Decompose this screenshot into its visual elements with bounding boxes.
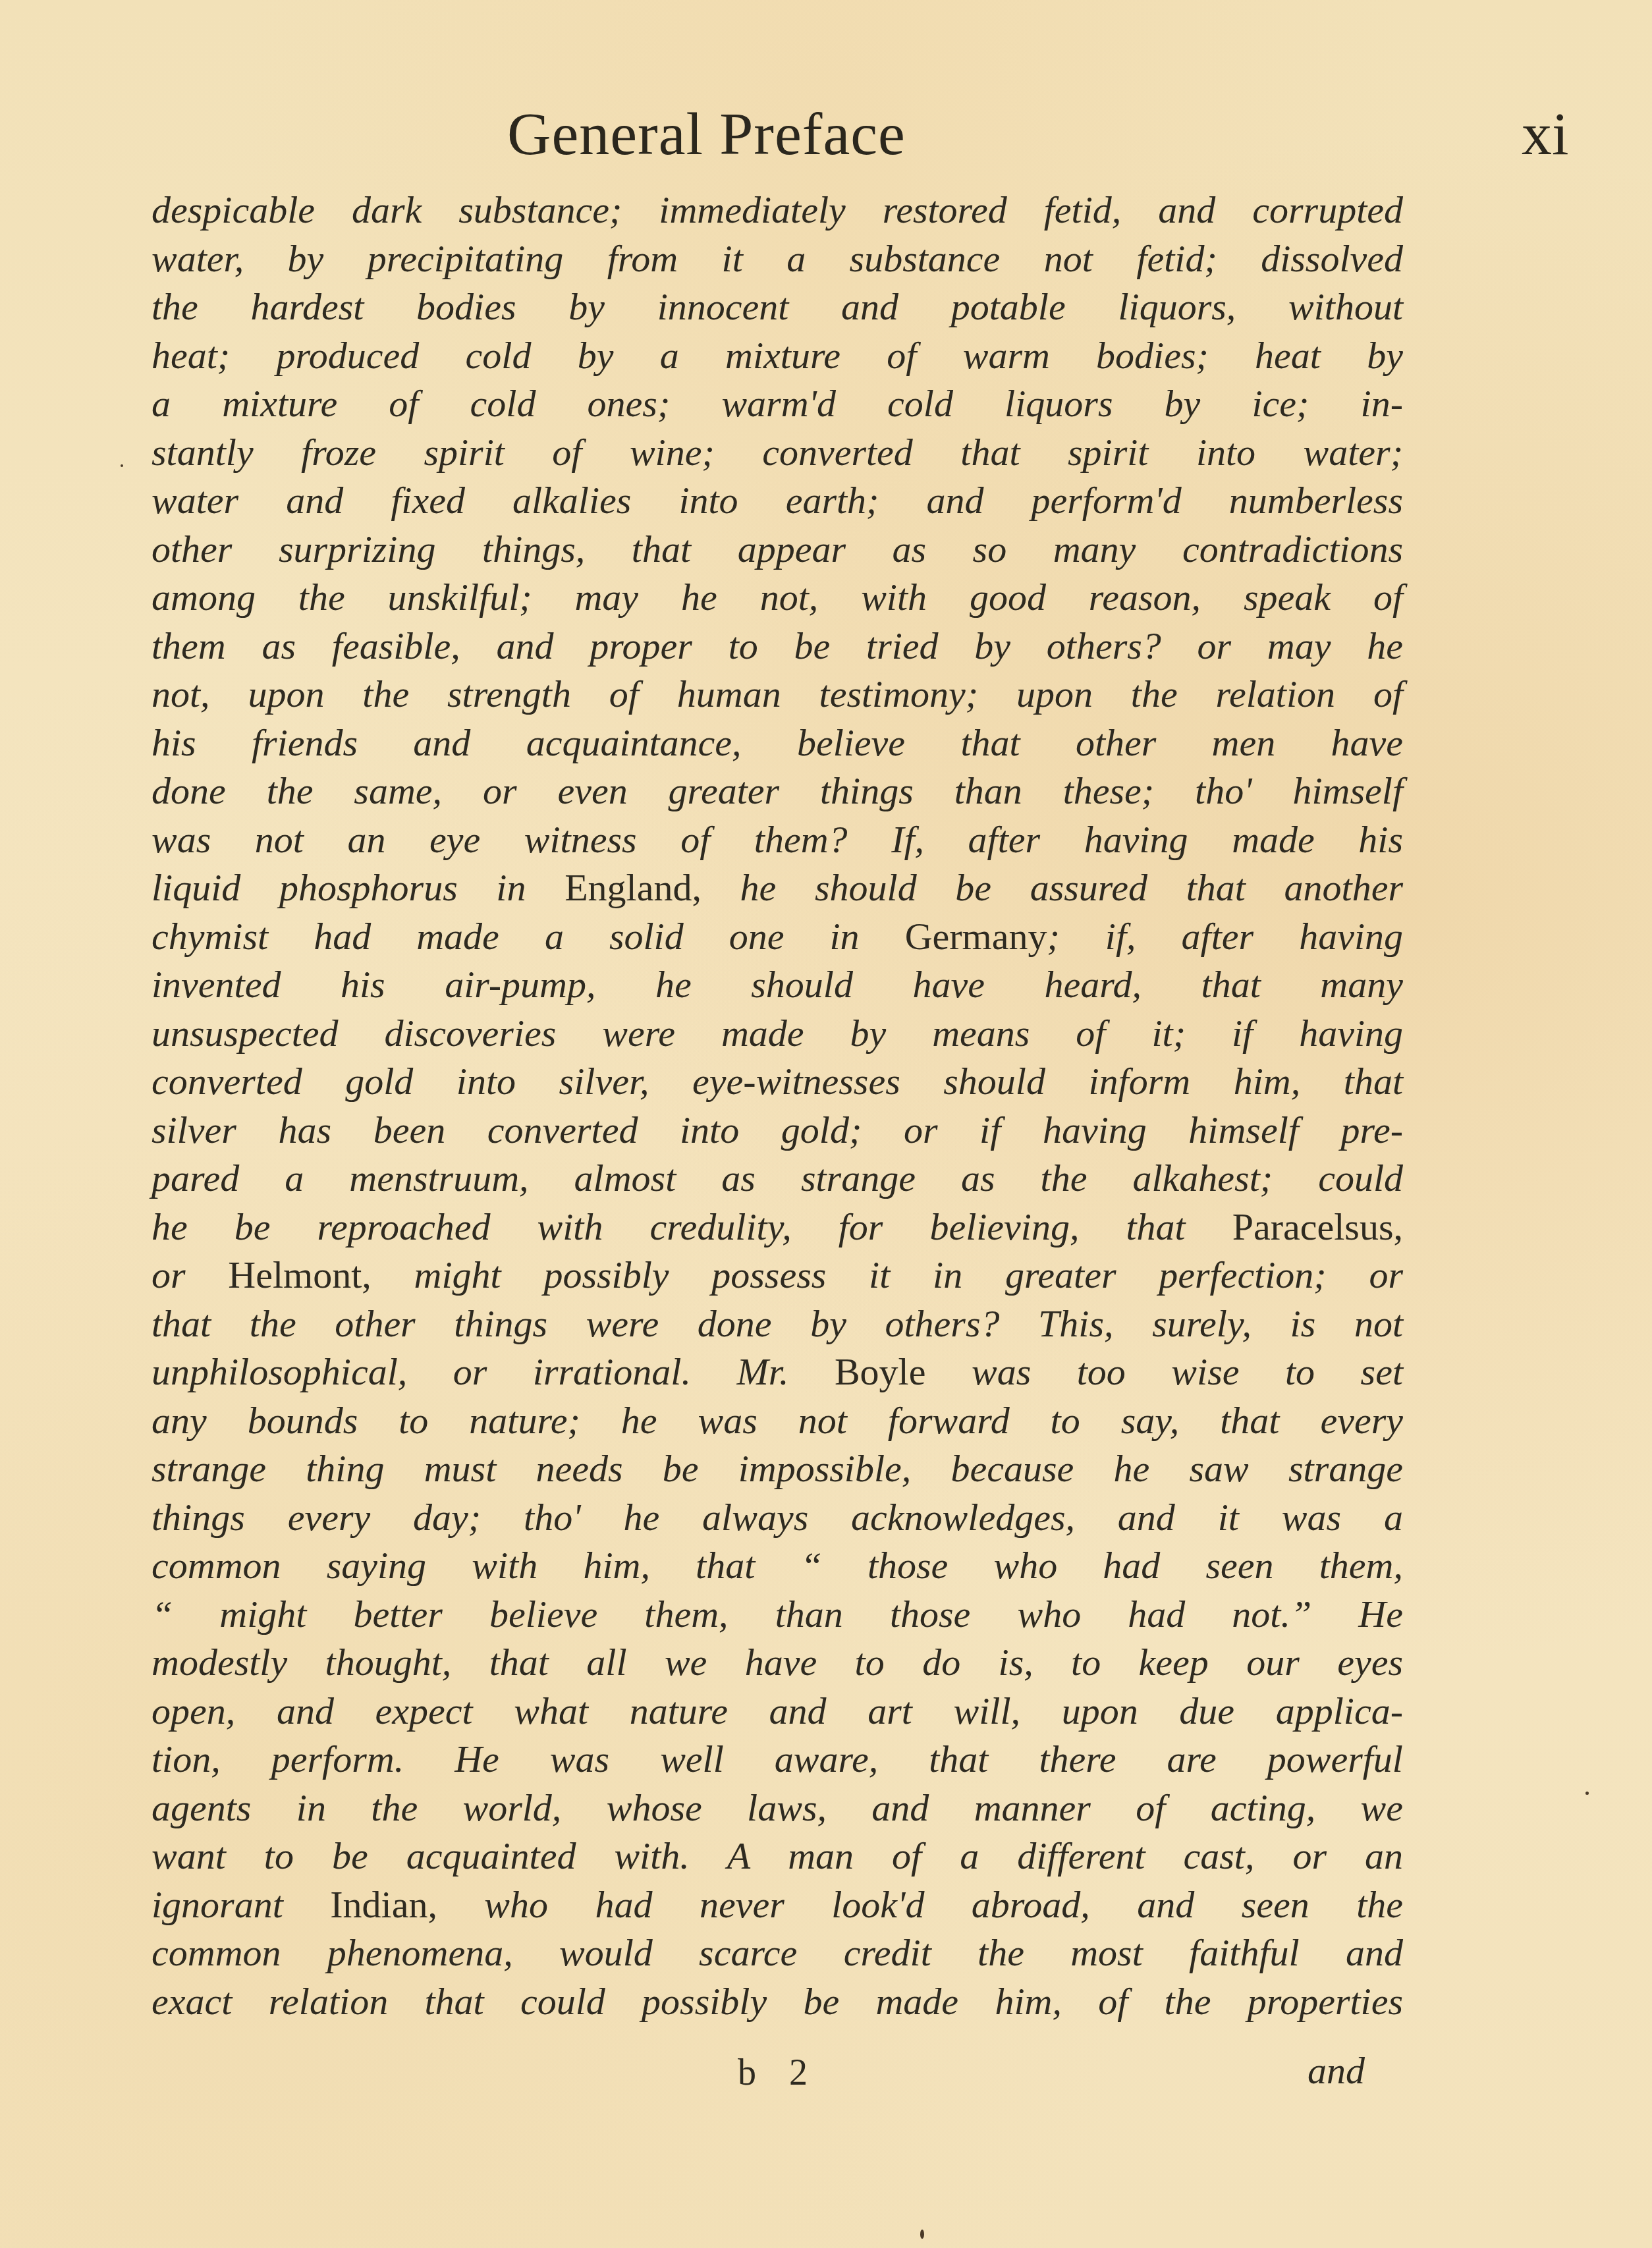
text-line: strange thing must needs be impossible, … — [151, 1444, 1403, 1493]
italic-text: tion, perform. He was well aware, that t… — [151, 1738, 1403, 1780]
italic-text: water and fixed alkalies into earth; and… — [151, 479, 1403, 522]
text-line: open, and expect what nature and art wil… — [151, 1687, 1403, 1736]
catchword: and — [1308, 2048, 1365, 2093]
italic-text: he be reproached with credulity, for bel… — [151, 1205, 1232, 1248]
italic-text: his friends and acquaintance, believe th… — [151, 721, 1403, 764]
text-line: stantly froze spirit of wine; converted … — [151, 428, 1403, 477]
italic-text: that the other things were done by other… — [151, 1302, 1403, 1345]
italic-text: want to be acquainted with. A man of a d… — [151, 1834, 1403, 1877]
text-line: other surprizing things, that appear as … — [151, 525, 1403, 574]
text-line: “ might better believe them, than those … — [151, 1590, 1403, 1639]
italic-text: common saying with him, that “ those who… — [151, 1544, 1403, 1587]
text-line: heat; produced cold by a mixture of warm… — [151, 331, 1403, 380]
signature-mark: b 2 — [738, 2052, 819, 2094]
text-line: exact relation that could possibly be ma… — [151, 1977, 1403, 2026]
text-line: common phenomena, would scarce credit th… — [151, 1929, 1403, 1977]
text-line: was not an eye witness of them? If, afte… — [151, 815, 1403, 864]
text-line: done the same, or even greater things th… — [151, 767, 1403, 815]
roman-word: Boyle — [835, 1350, 926, 1393]
paper-speck — [920, 2230, 924, 2239]
page-number: xi — [1522, 99, 1569, 169]
roman-word: Paracelsus, — [1232, 1205, 1403, 1248]
text-line: despicable dark substance; immediately r… — [151, 186, 1403, 234]
italic-text: who had never look'd abroad, and seen th… — [437, 1883, 1403, 1926]
italic-text: converted gold into silver, eye-witnesse… — [151, 1060, 1403, 1103]
italic-text: invented his air-pump, he should have he… — [151, 963, 1403, 1006]
italic-text: common phenomena, would scarce credit th… — [151, 1931, 1403, 1974]
italic-text: liquid phosphorus in — [151, 866, 564, 909]
italic-text: ; if, after having — [1047, 915, 1403, 958]
italic-text: ignorant — [151, 1883, 330, 1926]
text-line: tion, perform. He was well aware, that t… — [151, 1735, 1403, 1784]
paper-speck — [121, 464, 123, 467]
book-page: General Preface xi despicable dark subst… — [0, 0, 1652, 2248]
italic-text: might possibly possess it in greater per… — [372, 1253, 1403, 1296]
italic-text: done the same, or even greater things th… — [151, 769, 1403, 812]
italic-text: strange thing must needs be impossible, … — [151, 1447, 1403, 1490]
text-line: pared a menstruum, almost as strange as … — [151, 1154, 1403, 1203]
italic-text: the hardest bodies by innocent and potab… — [151, 285, 1403, 328]
running-head: General Preface xi — [0, 99, 1652, 178]
italic-text: any bounds to nature; he was not forward… — [151, 1399, 1403, 1442]
italic-text: silver has been converted into gold; or … — [151, 1109, 1403, 1151]
italic-text: or — [151, 1253, 228, 1296]
text-line: silver has been converted into gold; or … — [151, 1106, 1403, 1155]
italic-text: was not an eye witness of them? If, afte… — [151, 818, 1403, 861]
text-line: ignorant Indian, who had never look'd ab… — [151, 1880, 1403, 1929]
italic-text: unsuspected discoveries were made by mea… — [151, 1012, 1403, 1055]
text-line: agents in the world, whose laws, and man… — [151, 1784, 1403, 1832]
text-line: them as feasible, and proper to be tried… — [151, 622, 1403, 671]
text-line: liquid phosphorus in England, he should … — [151, 864, 1403, 912]
roman-word: England, — [564, 866, 702, 909]
italic-text: exact relation that could possibly be ma… — [151, 1980, 1403, 2023]
roman-word: Germany — [905, 915, 1047, 958]
italic-text: among the unskilful; may he not, with go… — [151, 576, 1403, 618]
text-line: that the other things were done by other… — [151, 1300, 1403, 1348]
italic-text: modestly thought, that all we have to do… — [151, 1641, 1403, 1684]
text-line: water and fixed alkalies into earth; and… — [151, 476, 1403, 525]
italic-text: not, upon the strength of human testimon… — [151, 672, 1403, 715]
text-line: things every day; tho' he always acknowl… — [151, 1493, 1403, 1542]
italic-text: water, by precipitating from it a substa… — [151, 237, 1403, 280]
italic-text: open, and expect what nature and art wil… — [151, 1689, 1403, 1732]
body-text: despicable dark substance; immediately r… — [151, 186, 1403, 2025]
text-line: unphilosophical, or irrational. Mr. Boyl… — [151, 1348, 1403, 1396]
paper-speck — [1585, 1792, 1589, 1795]
italic-text: things every day; tho' he always acknowl… — [151, 1496, 1403, 1539]
text-line: chymist had made a solid one in Germany;… — [151, 912, 1403, 961]
roman-word: Helmont, — [228, 1253, 371, 1296]
italic-text: “ might better believe them, than those … — [151, 1593, 1403, 1635]
text-line: unsuspected discoveries were made by mea… — [151, 1009, 1403, 1058]
italic-text: pared a menstruum, almost as strange as … — [151, 1157, 1403, 1199]
text-line: converted gold into silver, eye-witnesse… — [151, 1057, 1403, 1106]
text-line: his friends and acquaintance, believe th… — [151, 719, 1403, 767]
text-line: invented his air-pump, he should have he… — [151, 960, 1403, 1009]
italic-text: agents in the world, whose laws, and man… — [151, 1786, 1403, 1829]
italic-text: unphilosophical, or irrational. Mr. — [151, 1350, 835, 1393]
text-line: the hardest bodies by innocent and potab… — [151, 283, 1403, 331]
text-line: he be reproached with credulity, for bel… — [151, 1203, 1403, 1251]
italic-text: other surprizing things, that appear as … — [151, 528, 1403, 570]
italic-text: heat; produced cold by a mixture of warm… — [151, 334, 1403, 377]
italic-text: chymist had made a solid one in — [151, 915, 905, 958]
running-head-title: General Preface — [507, 99, 906, 169]
roman-word: Indian, — [330, 1883, 437, 1926]
text-line: modestly thought, that all we have to do… — [151, 1638, 1403, 1687]
italic-text: stantly froze spirit of wine; converted … — [151, 431, 1403, 474]
italic-text: was too wise to set — [925, 1350, 1403, 1393]
italic-text: them as feasible, and proper to be tried… — [151, 624, 1403, 667]
text-line: or Helmont, might possibly possess it in… — [151, 1251, 1403, 1300]
text-line: any bounds to nature; he was not forward… — [151, 1396, 1403, 1445]
text-line: common saying with him, that “ those who… — [151, 1541, 1403, 1590]
text-line: not, upon the strength of human testimon… — [151, 670, 1403, 719]
text-line: a mixture of cold ones; warm'd cold liqu… — [151, 379, 1403, 428]
text-line: want to be acquainted with. A man of a d… — [151, 1832, 1403, 1880]
text-line: among the unskilful; may he not, with go… — [151, 573, 1403, 622]
italic-text: a mixture of cold ones; warm'd cold liqu… — [151, 382, 1403, 425]
italic-text: despicable dark substance; immediately r… — [151, 188, 1403, 231]
text-line: water, by precipitating from it a substa… — [151, 234, 1403, 283]
italic-text: he should be assured that another — [702, 866, 1403, 909]
